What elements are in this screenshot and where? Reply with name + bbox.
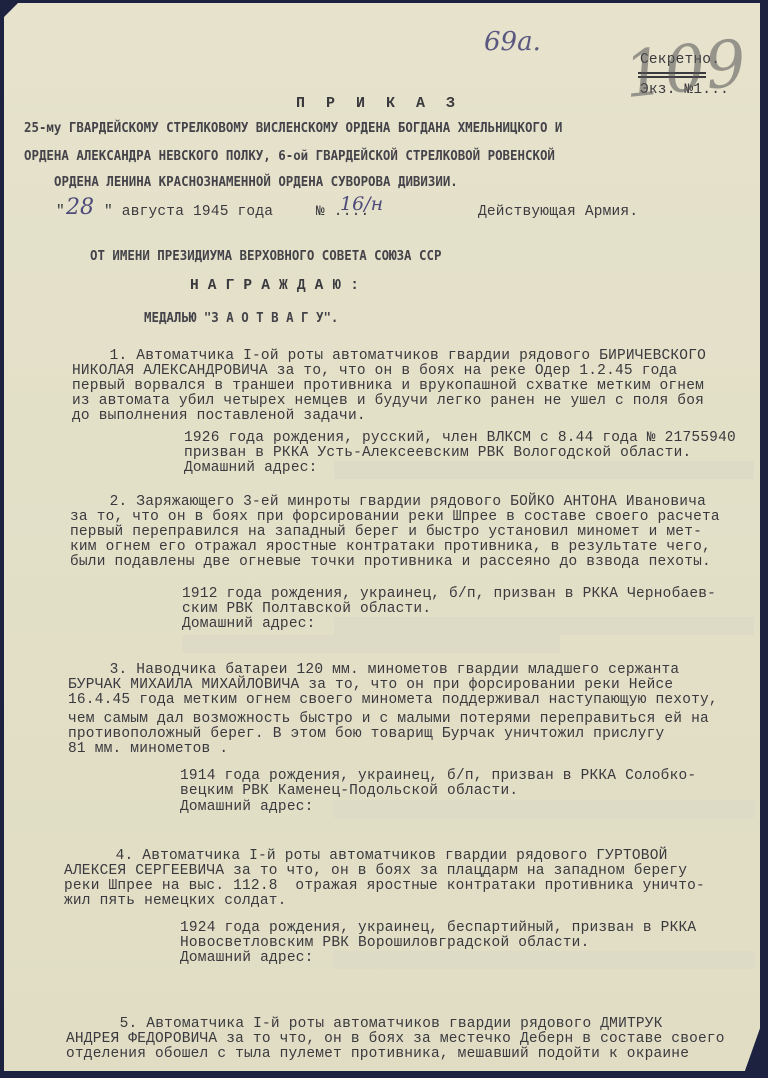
pencil-sheet-number: 109 (620, 27, 749, 113)
entry-line: до выполнения поставленой задачи. (72, 409, 366, 424)
entry-line: жил пять немецких солдат. (64, 894, 287, 909)
bio-line: вецким РВК Каменец-Подольской области. (180, 784, 518, 799)
folio-number: 69а. (484, 27, 541, 57)
date-quote: " (56, 205, 65, 220)
entry-line: первый переправился на западный берег и … (70, 525, 702, 540)
redacted-address (334, 951, 754, 969)
redacted-address (334, 461, 754, 479)
bio-line: 1914 года рождения, украинец, б/п, призв… (180, 769, 696, 784)
entry-line: первый ворвался в траншеи противника и в… (72, 379, 704, 394)
unit-line-1: 25-му ГВАРДЕЙСКОМУ СТРЕЛКОВОМУ ВИСЛЕНСКО… (24, 121, 562, 136)
entry-line: 16.4.45 года метким огнем своего миномет… (68, 693, 718, 708)
unit-line-3: ОРДЕНА ЛЕНИНА КРАСНОЗНАМЕННОЙ ОРДЕНА СУВ… (54, 175, 458, 190)
document-page: 69а. Секретно. Экз. №1... 109 П Р И К А … (4, 3, 760, 1071)
home-address-label: Домашний адрес: (184, 461, 318, 476)
bio-line: 1912 года рождения, украинец, б/п, призв… (182, 587, 716, 602)
entry-line: были подавлены две огневые точки противн… (70, 555, 711, 570)
unit-line-2: ОРДЕНА АЛЕКСАНДРА НЕВСКОГО ПОЛКУ, 6-ой Г… (24, 149, 555, 164)
entry-line: чем самым дал возможность быстро и с мал… (68, 712, 709, 727)
bio-line: призван в РККА Усть-Алексеевским РВК Вол… (184, 446, 691, 461)
bio-line: 1924 года рождения, украинец, беспартийн… (180, 921, 696, 936)
entry-line: АНДРЕЯ ФЕДОРОВИЧА за то что, он в боях з… (66, 1032, 725, 1047)
entry-line: 4. Автоматчика I-й роты автоматчиков гва… (80, 849, 668, 864)
entry-line: БУРЧАК МИХАИЛА МИХАЙЛОВИЧА за то, что он… (68, 678, 673, 693)
medal-name: МЕДАЛЬЮ "З А О Т В А Г У". (144, 311, 338, 326)
entry-line: ким огнем его отражал яростные контратак… (70, 540, 711, 555)
entry-line: противоположный берег. В этом бою товари… (68, 727, 664, 742)
entry-line: АЛЕКСЕЯ СЕРГЕЕВИЧА за то что, он в боях … (64, 864, 687, 879)
entry-line: 1. Автоматчика I-ой роты автоматчиков гв… (74, 349, 706, 364)
entry-line: 5. Автоматчика I-й роты автоматчиков гва… (84, 1017, 663, 1032)
home-address-label: Домашний адрес: (182, 617, 316, 632)
home-address-label: Домашний адрес: (180, 800, 314, 815)
redacted-address (334, 800, 754, 818)
redacted-address (334, 617, 754, 635)
entry-line: 3. Наводчика батареи 120 мм. минометов г… (74, 663, 679, 678)
bio-line: ским РВК Полтавской области. (182, 602, 431, 617)
award-heading: Н А Г Р А Ж Д А Ю : (190, 279, 359, 294)
entry-line: 2. Заряжающего 3-ей минроты гвардии рядо… (74, 495, 706, 510)
entry-line: отделения обошел с тыла пулемет противни… (66, 1047, 689, 1062)
document-title: П Р И К А З (296, 96, 461, 111)
location: Действующая Армия. (478, 205, 638, 220)
date-month-year: " августа 1945 года (104, 205, 273, 220)
entry-line: НИКОЛАЯ АЛЕКСАНДРОВИЧА за то, что он в б… (72, 364, 677, 379)
entry-line: из автомата убил четырех немцев и будучи… (72, 394, 704, 409)
bio-line: Новосветловским РВК Ворошиловградской об… (180, 936, 589, 951)
bio-line: 1926 года рождения, русский, член ВЛКСМ … (184, 431, 736, 446)
entry-line: 81 мм. минометов . (68, 742, 228, 757)
entry-line: реки Шпрее на выс. 112.8 отражая яростны… (64, 879, 705, 894)
home-address-label: Домашний адрес: (180, 951, 314, 966)
order-number-value: 16/н (340, 193, 383, 215)
presidium-line: ОТ ИМЕНИ ПРЕЗИДИУМА ВЕРХОВНОГО СОВЕТА СО… (90, 249, 441, 264)
date-day: 28 (66, 195, 94, 220)
entry-line: за то, что он в боях при форсировании ре… (70, 510, 720, 525)
redacted-address-2 (182, 635, 560, 653)
